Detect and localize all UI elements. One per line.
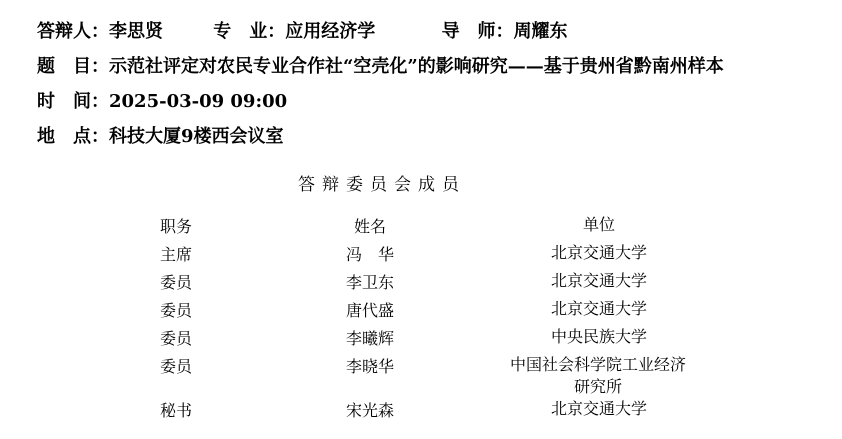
member-name: 冯 华: [315, 242, 425, 265]
column-header-role: 职务: [160, 214, 192, 237]
column-header-name: 姓名: [315, 214, 425, 237]
topic-value: 示范社评定对农民专业合作社“空壳化”的影响研究——基于贵州省黔南州样本: [109, 55, 724, 79]
major-label: 专 业：: [213, 20, 285, 44]
member-unit: 中央民族大学: [496, 326, 702, 348]
table-header-row: 职务 姓名 单位: [0, 212, 842, 240]
member-name: 李卫东: [315, 270, 425, 293]
committee-title: 答辩委员会成员: [298, 170, 466, 195]
defense-info-line: 答辩人：李思贤 专 业：应用经济学 导 师：周耀东: [37, 20, 568, 44]
member-role: 委员: [160, 270, 192, 293]
member-unit: 北京交通大学: [496, 270, 702, 292]
time-value: 2025-03-09 09:00: [109, 90, 287, 114]
table-row: 委员 李曦辉 中央民族大学: [0, 324, 842, 352]
committee-table: 职务 姓名 单位 主席 冯 华 北京交通大学 委员 李卫东 北京交通大学 委员 …: [0, 212, 842, 424]
member-name: 宋光森: [315, 398, 425, 421]
time-label: 时 间：: [37, 90, 109, 114]
member-role: 委员: [160, 354, 192, 377]
member-role: 主席: [160, 242, 192, 265]
member-role: 委员: [160, 298, 192, 321]
topic-line: 题 目：示范社评定对农民专业合作社“空壳化”的影响研究——基于贵州省黔南州样本: [37, 55, 724, 79]
member-role: 委员: [160, 326, 192, 349]
advisor-name: 周耀东: [514, 20, 568, 44]
member-name: 李曦辉: [315, 326, 425, 349]
defender-label: 答辩人：: [37, 20, 109, 44]
table-row: 秘书 宋光森 北京交通大学: [0, 396, 842, 424]
place-line: 地 点：科技大厦9楼西会议室: [37, 125, 284, 149]
member-unit: 北京交通大学: [496, 398, 702, 420]
place-label: 地 点：: [37, 125, 109, 149]
table-row: 委员 李卫东 北京交通大学: [0, 268, 842, 296]
major-value: 应用经济学: [285, 20, 375, 44]
table-row: 主席 冯 华 北京交通大学: [0, 240, 842, 268]
member-name: 李晓华: [315, 354, 425, 377]
place-value: 科技大厦9楼西会议室: [109, 125, 284, 149]
member-name: 唐代盛: [315, 298, 425, 321]
table-row: 委员 唐代盛 北京交通大学: [0, 296, 842, 324]
member-unit: 北京交通大学: [496, 242, 702, 264]
member-role: 秘书: [160, 398, 192, 421]
table-row: 委员 李晓华 中国社会科学院工业经济研究所: [0, 352, 842, 396]
advisor-label: 导 师：: [442, 20, 514, 44]
time-line: 时 间：2025-03-09 09:00: [37, 90, 287, 114]
member-unit: 北京交通大学: [496, 298, 702, 320]
topic-label: 题 目：: [37, 55, 109, 79]
defender-name: 李思贤: [109, 20, 163, 44]
column-header-unit: 单位: [496, 214, 702, 236]
member-unit: 中国社会科学院工业经济研究所: [503, 354, 693, 398]
